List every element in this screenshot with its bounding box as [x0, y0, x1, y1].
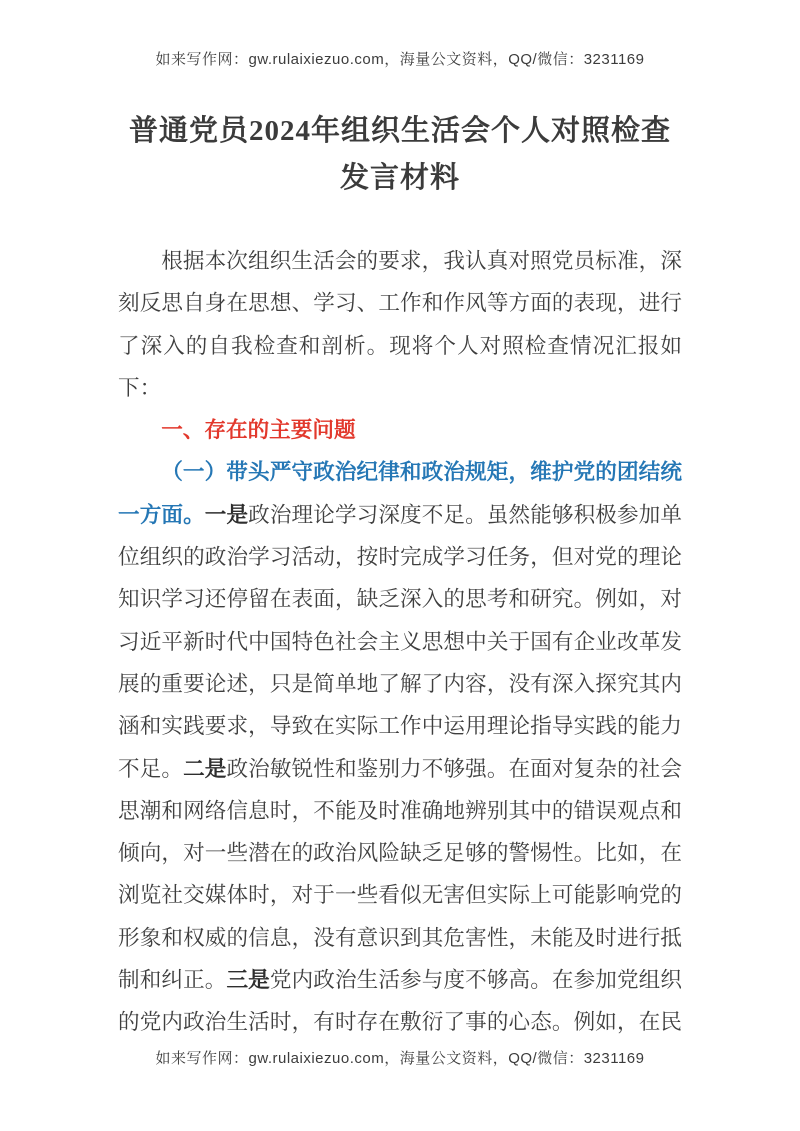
text-run-normal: 政治敏锐性和鉴别力不够强。在面对复杂的社会思潮和网络信息时，不能及时准确地辨别其…	[118, 757, 682, 992]
text-run-bold: 一是	[205, 502, 248, 527]
section-heading: 一、存在的主要问题	[118, 409, 682, 451]
footer-watermark: 如来写作网：gw.rulaixiezuo.com，海量公文资料，QQ/微信：32…	[0, 1047, 800, 1068]
paragraph: 根据本次组织生活会的要求，我认真对照党员标准，深刻反思自身在思想、学习、工作和作…	[118, 240, 682, 409]
document-page: 如来写作网：gw.rulaixiezuo.com，海量公文资料，QQ/微信：32…	[0, 0, 800, 1131]
document-title: 普通党员2024年组织生活会个人对照检查 发言材料	[118, 108, 682, 202]
text-run-bold: 三是	[226, 967, 269, 992]
document-body: 根据本次组织生活会的要求，我认真对照党员标准，深刻反思自身在思想、学习、工作和作…	[118, 240, 682, 1044]
text-run-red-bold: 一、存在的主要问题	[161, 417, 355, 442]
document-content: 普通党员2024年组织生活会个人对照检查 发言材料 根据本次组织生活会的要求，我…	[118, 108, 682, 1044]
document-title-line-2: 发言材料	[118, 155, 682, 202]
document-title-line-1: 普通党员2024年组织生活会个人对照检查	[118, 108, 682, 155]
header-watermark: 如来写作网：gw.rulaixiezuo.com，海量公文资料，QQ/微信：32…	[0, 48, 800, 69]
text-run-bold: 二是	[183, 756, 226, 781]
paragraph: （一）带头严守政治纪律和政治规矩，维护党的团结统一方面。一是政治理论学习深度不足…	[118, 451, 682, 1044]
text-run-normal: 政治理论学习深度不足。虽然能够积极参加单位组织的政治学习活动，按时完成学习任务，…	[118, 503, 682, 781]
text-run-normal: 根据本次组织生活会的要求，我认真对照党员标准，深刻反思自身在思想、学习、工作和作…	[118, 249, 682, 400]
